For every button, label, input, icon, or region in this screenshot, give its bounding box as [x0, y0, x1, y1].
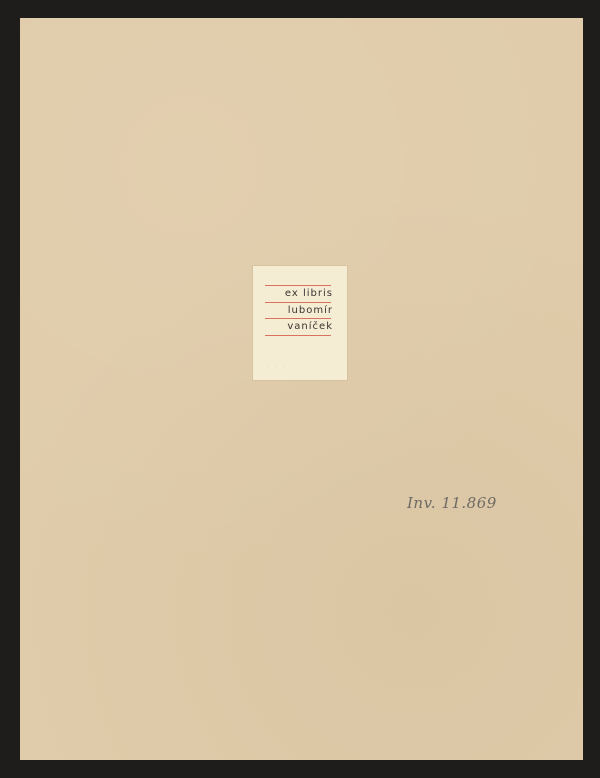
- bookplate-rule: [265, 335, 331, 336]
- bookplate-line-2: lubomír: [288, 305, 333, 317]
- bookplate-rule: [265, 318, 331, 319]
- paper-sheet: ex libris lubomír vaníček · · · Inv. 11.…: [20, 18, 583, 760]
- bookplate-line-1: ex libris: [285, 288, 333, 300]
- bookplate-rule: [265, 285, 331, 286]
- bookplate-line-3: vaníček: [287, 321, 333, 333]
- bookplate-rule: [265, 302, 331, 303]
- ex-libris-bookplate: ex libris lubomír vaníček · · ·: [253, 266, 347, 380]
- bookplate-faint-stamp: · · ·: [267, 362, 286, 372]
- inventory-number: Inv. 11.869: [407, 494, 497, 512]
